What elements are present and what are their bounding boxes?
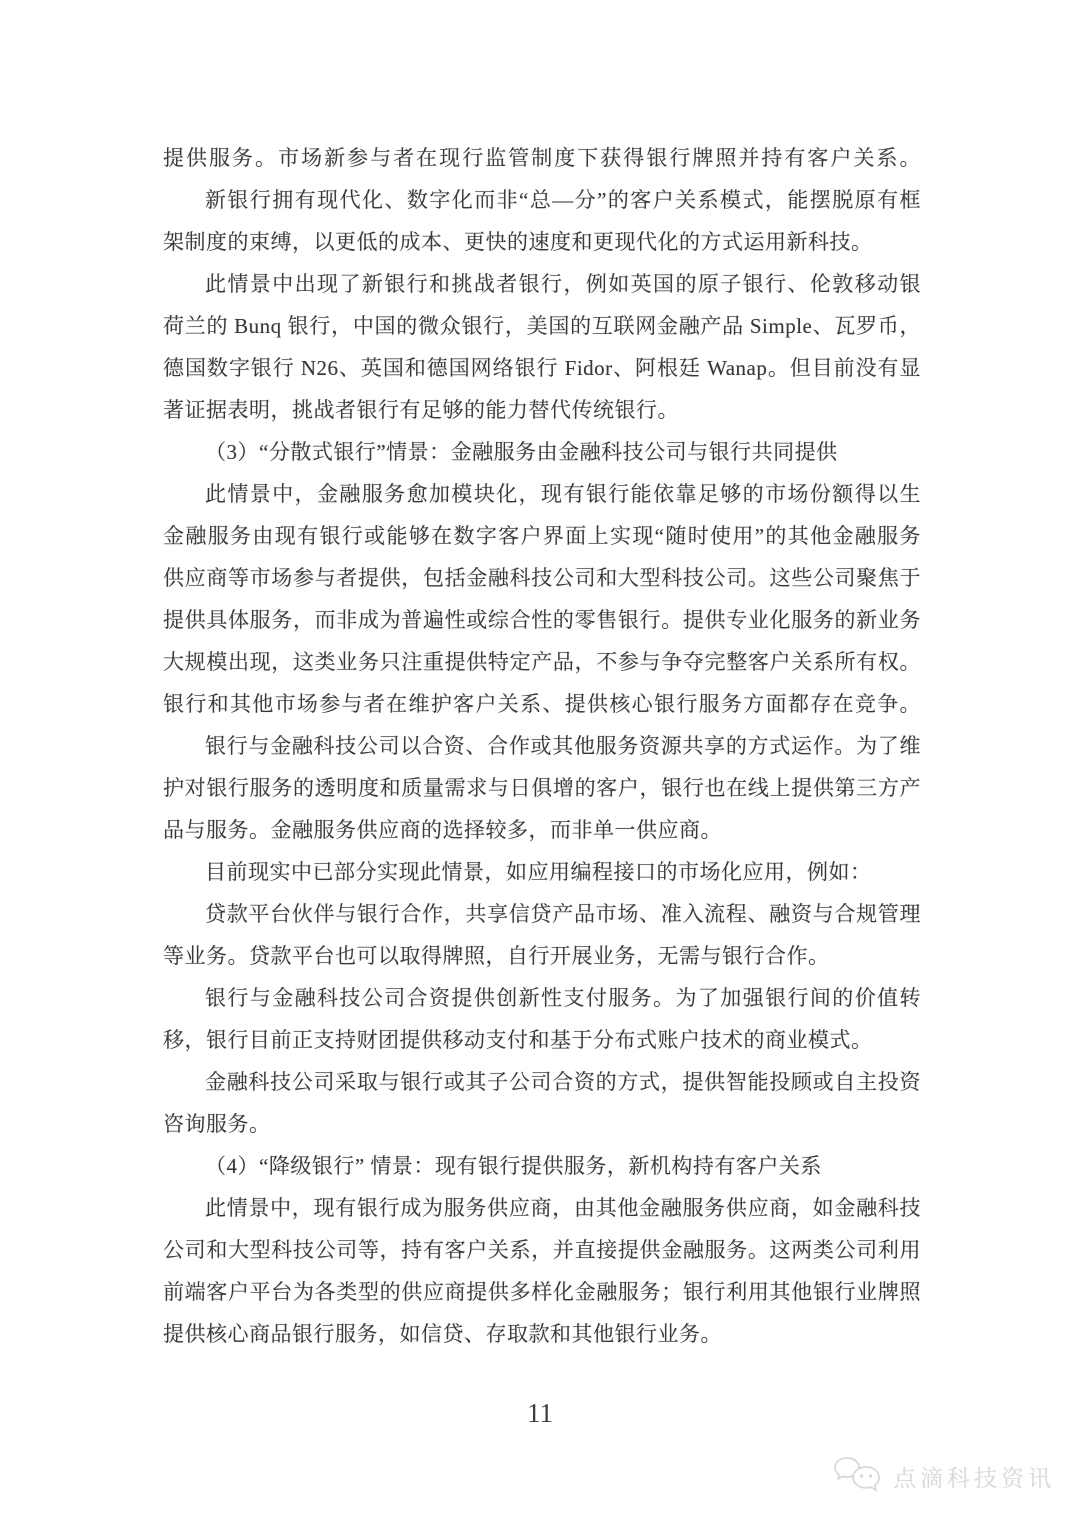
text-line: 金融服务由现有银行或能够在数字客户界面上实现“随时使用”的其他金融服务 (163, 515, 921, 557)
text-line: 银行和其他市场参与者在维护客户关系、提供核心银行服务方面都存在竞争。 (163, 683, 921, 725)
text-block: 提供服务。市场新参与者在现行监管制度下获得银行牌照并持有客户关系。新银行拥有现代… (163, 137, 921, 1355)
text-line: 提供核心商品银行服务，如信贷、存取款和其他银行业务。 (163, 1313, 921, 1355)
text-line: 移，银行目前正支持财团提供移动支付和基于分布式账户技术的商业模式。 (163, 1019, 921, 1061)
text-line: 等业务。贷款平台也可以取得牌照，自行开展业务，无需与银行合作。 (163, 935, 921, 977)
text-line: 咨询服务。 (163, 1103, 921, 1145)
text-line: 此情景中，金融服务愈加模块化，现有银行能依靠足够的市场份额得以生存。 (163, 473, 921, 515)
text-line: 供应商等市场参与者提供，包括金融科技公司和大型科技公司。这些公司聚焦于 (163, 557, 921, 599)
text-line: 此情景中，现有银行成为服务供应商，由其他金融服务供应商，如金融科技 (163, 1187, 921, 1229)
text-line: 此情景中出现了新银行和挑战者银行，例如英国的原子银行、伦敦移动银行， (163, 263, 921, 305)
text-line: 架制度的束缚，以更低的成本、更快的速度和更现代化的方式运用新科技。 (163, 221, 921, 263)
text-line: 护对银行服务的透明度和质量需求与日俱增的客户，银行也在线上提供第三方产 (163, 767, 921, 809)
watermark-text: 点滴科技资讯 (893, 1460, 1055, 1493)
text-line: 前端客户平台为各类型的供应商提供多样化金融服务；银行利用其他银行业牌照 (163, 1271, 921, 1313)
text-line: 荷兰的 Bunq 银行，中国的微众银行，美国的互联网金融产品 Simple、瓦罗… (163, 305, 921, 347)
text-line: 公司和大型科技公司等，持有客户关系，并直接提供金融服务。这两类公司利用 (163, 1229, 921, 1271)
document-page: 提供服务。市场新参与者在现行监管制度下获得银行牌照并持有客户关系。新银行拥有现代… (0, 0, 1080, 1527)
page-number: 11 (0, 1398, 1080, 1429)
watermark: 点滴科技资讯 (833, 1455, 1055, 1497)
text-line: （3）“分散式银行”情景：金融服务由金融科技公司与银行共同提供 (163, 431, 921, 473)
text-line: 银行与金融科技公司合资提供创新性支付服务。为了加强银行间的价值转 (163, 977, 921, 1019)
text-line: 提供服务。市场新参与者在现行监管制度下获得银行牌照并持有客户关系。 (163, 137, 921, 179)
text-line: 著证据表明，挑战者银行有足够的能力替代传统银行。 (163, 389, 921, 431)
text-line: 品与服务。金融服务供应商的选择较多，而非单一供应商。 (163, 809, 921, 851)
text-line: 目前现实中已部分实现此情景，如应用编程接口的市场化应用，例如： (163, 851, 921, 893)
wechat-icon (833, 1455, 883, 1497)
text-line: 银行与金融科技公司以合资、合作或其他服务资源共享的方式运作。为了维 (163, 725, 921, 767)
text-line: 金融科技公司采取与银行或其子公司合资的方式，提供智能投顾或自主投资 (163, 1061, 921, 1103)
text-line: 新银行拥有现代化、数字化而非“总—分”的客户关系模式，能摆脱原有框 (163, 179, 921, 221)
text-line: 德国数字银行 N26、英国和德国网络银行 Fidor、阿根廷 Wanap。但目前… (163, 347, 921, 389)
text-line: 大规模出现，这类业务只注重提供特定产品，不参与争夺完整客户关系所有权。 (163, 641, 921, 683)
text-line: 贷款平台伙伴与银行合作，共享信贷产品市场、准入流程、融资与合规管理 (163, 893, 921, 935)
text-line: （4）“降级银行” 情景：现有银行提供服务，新机构持有客户关系 (163, 1145, 921, 1187)
text-line: 提供具体服务，而非成为普遍性或综合性的零售银行。提供专业化服务的新业务 (163, 599, 921, 641)
